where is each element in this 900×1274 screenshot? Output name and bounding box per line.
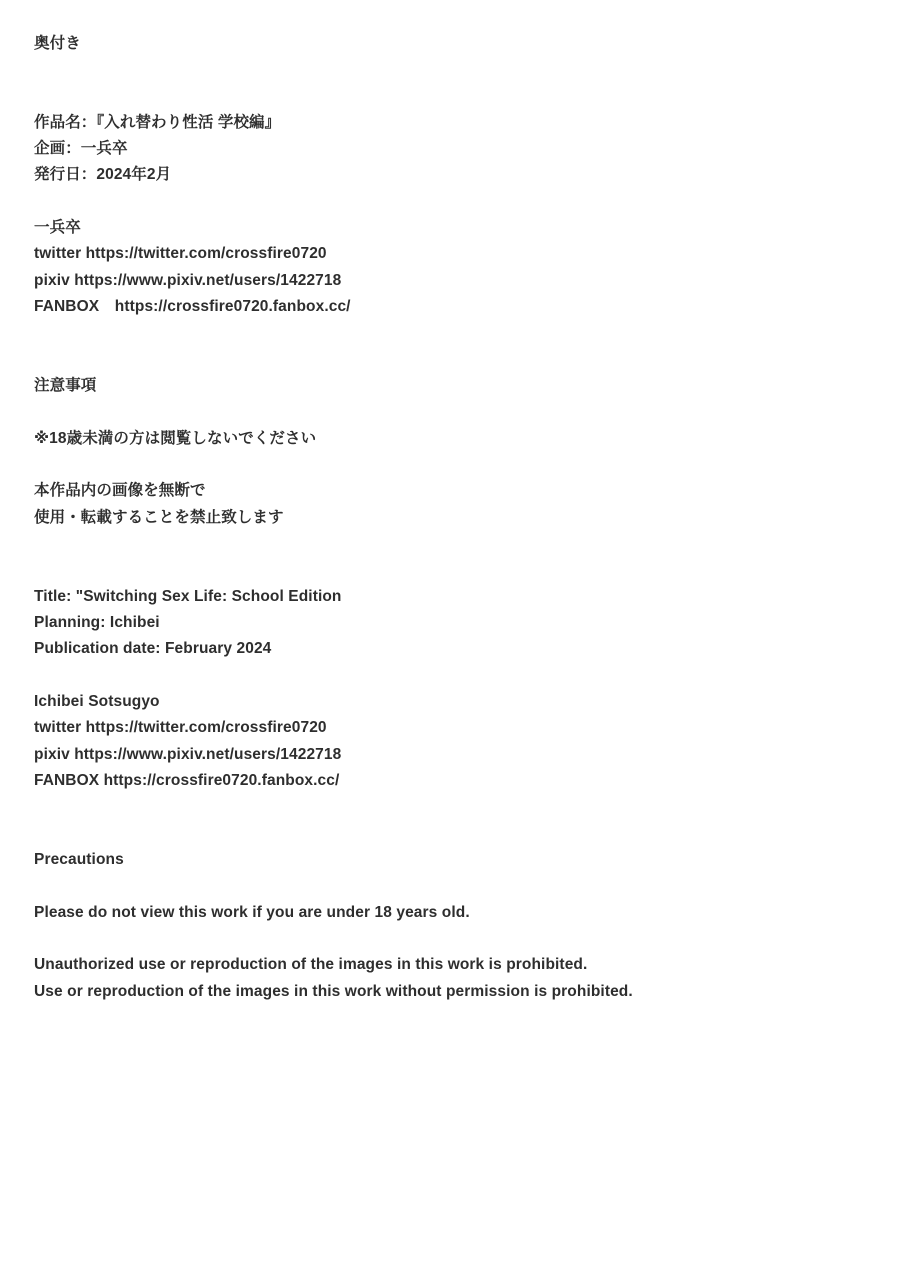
work-info-en-section: Title: "Switching Sex Life: School Editi… [34,584,860,663]
copyright-en-line2: Use or reproduction of the images in thi… [34,979,860,1005]
twitter-url-ja: twitter https://twitter.com/crossfire072… [34,241,860,267]
pixiv-url-ja: pixiv https://www.pixiv.net/users/142271… [34,268,860,294]
planning-en: Planning: Ichibei [34,610,860,636]
copyright-ja-line2: 使用・転載することを禁止致します [34,505,860,531]
colophon-page: 奥付き 作品名：『入れ替わり性活 学校編』 企画：一兵卒 発行日：2024年2月… [0,0,900,1274]
work-info-ja-section: 作品名：『入れ替わり性活 学校編』 企画：一兵卒 発行日：2024年2月 [34,110,860,189]
author-links-en-section: Ichibei Sotsugyo twitter https://twitter… [34,689,860,794]
publication-date-en: Publication date: February 2024 [34,636,860,662]
planning-ja: 企画：一兵卒 [34,136,860,162]
copyright-ja-section: 本作品内の画像を無断で 使用・転載することを禁止致します [34,478,860,531]
copyright-en-line1: Unauthorized use or reproduction of the … [34,952,860,978]
author-name-en: Ichibei Sotsugyo [34,689,860,715]
notes-heading-ja: 注意事項 [34,373,860,399]
fanbox-url-ja: FANBOX https://crossfire0720.fanbox.cc/ [34,294,860,320]
copyright-en-section: Unauthorized use or reproduction of the … [34,952,860,1005]
age-warning-en: Please do not view this work if you are … [34,900,860,926]
notes-heading-en: Precautions [34,847,860,873]
copyright-ja-line1: 本作品内の画像を無断で [34,478,860,504]
author-name-ja: 一兵卒 [34,215,860,241]
publication-date-ja: 発行日：2024年2月 [34,162,860,188]
pixiv-url-en: pixiv https://www.pixiv.net/users/142271… [34,742,860,768]
work-title-ja: 作品名：『入れ替わり性活 学校編』 [34,110,860,136]
twitter-url-en: twitter https://twitter.com/crossfire072… [34,715,860,741]
author-links-ja-section: 一兵卒 twitter https://twitter.com/crossfir… [34,215,860,320]
colophon-heading: 奥付き [34,31,860,57]
work-title-en: Title: "Switching Sex Life: School Editi… [34,584,860,610]
age-warning-ja: ※18歳未満の方は閲覧しないでください [34,426,860,452]
fanbox-url-en: FANBOX https://crossfire0720.fanbox.cc/ [34,768,860,794]
